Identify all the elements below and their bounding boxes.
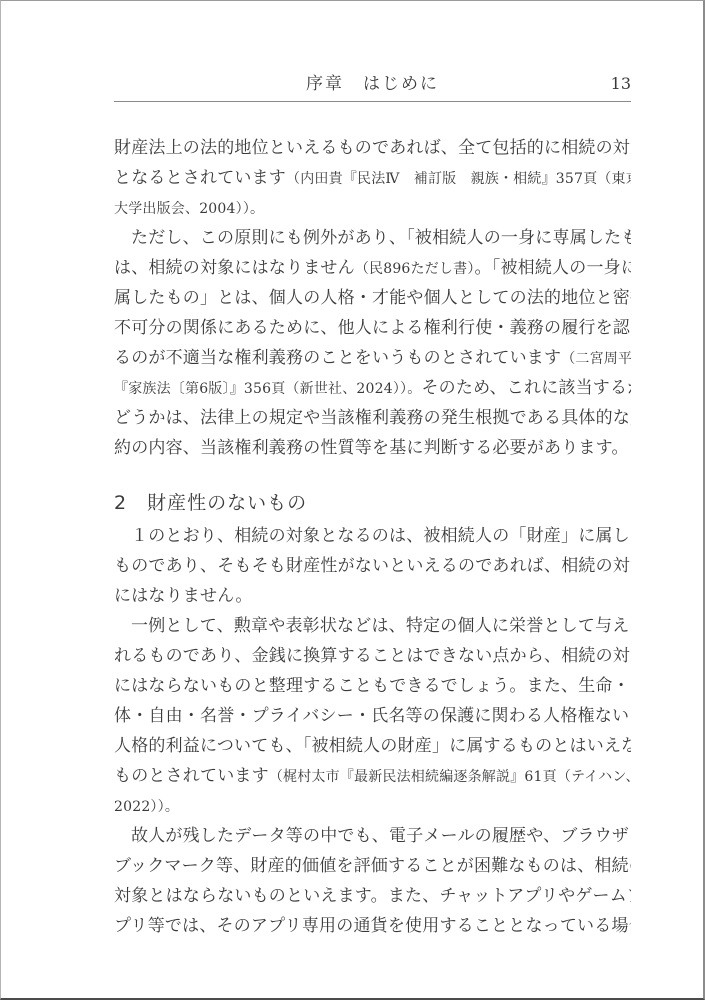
body-text: 。「被相続人の一身に専	[475, 258, 631, 278]
body-text: 一例として、勲章や表彰状などは、特定の個人に栄誉として与えら	[131, 616, 631, 636]
body-text: 2 財産性のないもの	[114, 492, 307, 514]
text-line: ものとされています（梶村太市『最新民法相続編逐条解説』61頁（テイハン、	[114, 761, 631, 791]
text-line: どうかは、法律上の規定や当該権利義務の発生根拠である具体的な契	[114, 403, 631, 433]
body-text: 対象とはならないものといえます。また、チャットアプリやゲームア	[114, 886, 631, 906]
citation-text: 2022））。	[114, 799, 179, 815]
text-line: れるものであり、金銭に換算することはできない点から、相続の対象	[114, 641, 631, 671]
body-text: プリ等では、そのアプリ専用の通貨を使用することとなっている場合	[114, 916, 631, 936]
body-text: そのため、これに該当するか	[421, 378, 631, 398]
text-line: にはなりません。	[114, 581, 631, 611]
text-line: 『家族法〔第6版〕』356頁（新世社、2024））。そのため、これに該当するか	[114, 373, 631, 403]
body-text: にはなりません。	[114, 586, 253, 606]
text-line: ブックマーク等、財産的価値を評価することが困難なものは、相続の	[114, 851, 631, 881]
body-text: るのが不適当な権利義務のことをいうものとされています	[114, 348, 561, 368]
section-heading: 2 財産性のないもの	[114, 487, 631, 519]
text-line: 故人が残したデータ等の中でも、電子メールの履歴や、ブラウザの	[114, 821, 631, 851]
body-text: 体・自由・名誉・プライバシー・氏名等の保護に関わる人格権ないし	[114, 706, 631, 726]
text-line: 体・自由・名誉・プライバシー・氏名等の保護に関わる人格権ないし	[114, 701, 631, 731]
citation-text: 『家族法〔第6版〕』356頁（新世社、2024））。	[114, 381, 421, 397]
text-line: プリ等では、そのアプリ専用の通貨を使用することとなっている場合	[114, 911, 631, 941]
body-text: ものとされています	[114, 766, 269, 786]
body-text: どうかは、法律上の規定や当該権利義務の発生根拠である具体的な契	[114, 408, 631, 428]
page-body: 財産法上の法的地位といえるものであれば、全て包括的に相続の対象となるとされていま…	[114, 133, 631, 941]
body-text: ただし、この原則にも例外があり、「被相続人の一身に専属したもの」	[131, 228, 631, 248]
body-text: 財産法上の法的地位といえるものであれば、全て包括的に相続の対象	[114, 138, 631, 158]
text-line: １のとおり、相続の対象となるのは、被相続人の「財産」に属した	[114, 521, 631, 551]
text-line: となるとされています（内田貴『民法Ⅳ 補訂版 親族・相続』357頁（東京	[114, 163, 631, 193]
body-text: 人格的利益についても、「被相続人の財産」に属するものとはいえない	[114, 736, 631, 756]
body-text: １のとおり、相続の対象となるのは、被相続人の「財産」に属した	[131, 526, 631, 546]
text-line: 大学出版会、2004））。	[114, 193, 631, 223]
citation-text: （二宮周平	[561, 351, 631, 367]
text-line: 属したもの」とは、個人の人格・才能や個人としての法的地位と密接	[114, 283, 631, 313]
text-line: 対象とはならないものといえます。また、チャットアプリやゲームア	[114, 881, 631, 911]
text-line: 2022））。	[114, 791, 631, 821]
body-text: 不可分の関係にあるために、他人による権利行使・義務の履行を認め	[114, 318, 631, 338]
book-page: 序章 はじめに 13 財産法上の法的地位といえるものであれば、全て包括的に相続の…	[0, 0, 705, 1000]
body-text: は、相続の対象にはなりません	[114, 258, 355, 278]
text-line: 一例として、勲章や表彰状などは、特定の個人に栄誉として与えら	[114, 611, 631, 641]
text-line: 財産法上の法的地位といえるものであれば、全て包括的に相続の対象	[114, 133, 631, 163]
text-line: 不可分の関係にあるために、他人による権利行使・義務の履行を認め	[114, 313, 631, 343]
body-text: となるとされています	[114, 168, 286, 188]
body-text: にはならないものと整理することもできるでしょう。また、生命・身	[114, 676, 631, 696]
text-line: は、相続の対象にはなりません（民896ただし書）。「被相続人の一身に専	[114, 253, 631, 283]
chapter-title: 序章 はじめに	[114, 71, 631, 97]
text-line: ものであり、そもそも財産性がないといえるのであれば、相続の対象	[114, 551, 631, 581]
citation-text: （梶村太市『最新民法相続編逐条解説』61頁（テイハン、	[269, 769, 631, 785]
running-head: 序章 はじめに 13	[114, 71, 631, 97]
body-text: 約の内容、当該権利義務の性質等を基に判断する必要があります。	[114, 438, 629, 458]
body-text: ものであり、そもそも財産性がないといえるのであれば、相続の対象	[114, 556, 631, 576]
page-number: 13	[611, 71, 631, 97]
citation-text: （内田貴『民法Ⅳ 補訂版 親族・相続』357頁（東京	[286, 171, 631, 187]
text-line: るのが不適当な権利義務のことをいうものとされています（二宮周平	[114, 343, 631, 373]
body-text: ブックマーク等、財産的価値を評価することが困難なものは、相続の	[114, 856, 631, 876]
text-line: にはならないものと整理することもできるでしょう。また、生命・身	[114, 671, 631, 701]
body-text: 故人が残したデータ等の中でも、電子メールの履歴や、ブラウザの	[131, 826, 631, 846]
body-text: 属したもの」とは、個人の人格・才能や個人としての法的地位と密接	[114, 288, 631, 308]
citation-text: （民896ただし書）	[355, 261, 475, 277]
header-rule	[114, 101, 631, 102]
body-text: れるものであり、金銭に換算することはできない点から、相続の対象	[114, 646, 631, 666]
text-line: 人格的利益についても、「被相続人の財産」に属するものとはいえない	[114, 731, 631, 761]
text-line: 約の内容、当該権利義務の性質等を基に判断する必要があります。	[114, 433, 631, 463]
text-line: ただし、この原則にも例外があり、「被相続人の一身に専属したもの」	[114, 223, 631, 253]
citation-text: 大学出版会、2004））。	[114, 201, 264, 217]
